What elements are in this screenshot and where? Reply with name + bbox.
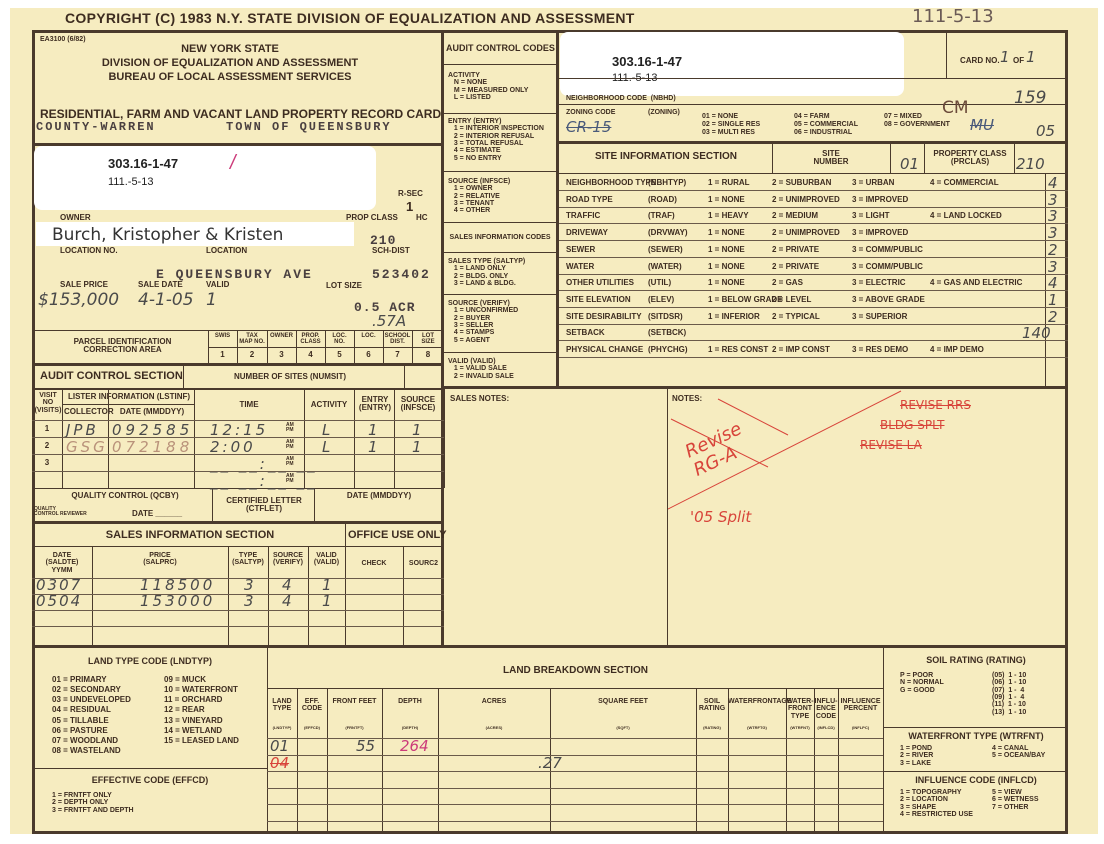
lb-acres: .27 bbox=[538, 754, 562, 772]
visit-number: 3 bbox=[32, 459, 62, 467]
site-row-option: 1 = RURAL bbox=[708, 179, 750, 187]
site-row-option: 2 = IMP CONST bbox=[772, 346, 830, 354]
audit-codes-title: AUDIT CONTROL CODES bbox=[446, 44, 554, 53]
correction-col-number: 3 bbox=[267, 351, 296, 359]
site-row-option: 4 = LAND LOCKED bbox=[930, 212, 1002, 220]
site-row-option: 3 = SUPERIOR bbox=[852, 313, 907, 321]
correction-col-label: LOC. bbox=[354, 333, 383, 339]
lb-col-header: ACRES bbox=[438, 698, 550, 705]
date-header: DATE (MMDDYY) bbox=[110, 408, 194, 416]
effective-code-items: 1 = FRNTFT ONLY 2 = DEPTH ONLY 3 = FRNTF… bbox=[52, 792, 134, 814]
site-row-code: (WATER) bbox=[648, 263, 682, 271]
sale-valid: 1 bbox=[322, 592, 332, 610]
visit-number: 1 bbox=[32, 425, 62, 433]
land-type-codes-1: 01 = PRIMARY 02 = SECONDARY 03 = UNDEVEL… bbox=[52, 675, 131, 756]
old-parcel-id: 111.-5-13 bbox=[108, 176, 153, 188]
county: COUNTY-WARREN bbox=[36, 120, 156, 134]
sales-col-header: VALID (VALID) bbox=[308, 552, 345, 567]
site-row-option: 4 = COMMERCIAL bbox=[930, 179, 999, 187]
parcel-id-top: 303.16-1-47 bbox=[612, 54, 682, 69]
struck-note: REVISE LA bbox=[860, 438, 922, 452]
zoning-option: 02 = SINGLE RES bbox=[702, 121, 760, 128]
site-row-name: NEIGHBORHOOD TYPE bbox=[566, 179, 656, 187]
sale-date-label: SALE DATE bbox=[138, 281, 183, 289]
site-row-name: SITE ELEVATION bbox=[566, 296, 631, 304]
lb-col-code: (EFFCD) bbox=[297, 726, 327, 730]
site-row-option: 2 = LEVEL bbox=[772, 296, 811, 304]
lb-col-code: (WTRFNT) bbox=[786, 726, 814, 730]
site-row-code: (SITDSR) bbox=[648, 313, 683, 321]
influence-code-codes-1: 1 = TOPOGRAPHY 2 = LOCATION 3 = SHAPE 4 … bbox=[900, 789, 973, 818]
sale-date-value: 4-1-05 bbox=[138, 290, 194, 310]
waterfront-type-codes-2: 4 = CANAL 5 = OCEAN/BAY bbox=[992, 745, 1045, 760]
site-row-option: 1 = INFERIOR bbox=[708, 313, 760, 321]
site-row-option: 2 = UNIMPROVED bbox=[772, 229, 840, 237]
verify-codes: SOURCE (VERIFY) 1 = UNCONFIRMED 2 = BUYE… bbox=[448, 300, 518, 344]
waterfront-type-title: WATERFRONT TYPE (WTRFNT) bbox=[886, 732, 1066, 741]
site-row-option: 1 = NONE bbox=[708, 246, 745, 254]
site-row-code: (SEWER) bbox=[648, 246, 683, 254]
correction-col-label: OWNER bbox=[267, 333, 296, 339]
am-pm-label: AM PM bbox=[286, 474, 294, 485]
site-row-name: PHYSICAL CHANGE bbox=[566, 346, 643, 354]
lb-col-code: (SQFT) bbox=[550, 726, 696, 730]
sale-price: 153000 bbox=[140, 592, 215, 610]
visit-number: 2 bbox=[32, 442, 62, 450]
zoning-option: 04 = FARM bbox=[794, 113, 830, 120]
effective-code-title: EFFECTIVE CODE (EFFCD) bbox=[40, 776, 260, 785]
am-pm-label: AM PM bbox=[286, 440, 294, 451]
card-of-label: OF bbox=[1013, 57, 1024, 65]
zoning-option: 05 = COMMERCIAL bbox=[794, 121, 858, 128]
owner-name: Burch, Kristopher & Kristen bbox=[52, 225, 283, 245]
lb-land-type: 01 bbox=[270, 737, 289, 755]
collector-header: COLLECTOR bbox=[64, 408, 108, 416]
lot-size-label: LOT SIZE bbox=[326, 282, 362, 290]
correction-col-label: LOC. NO. bbox=[325, 333, 354, 346]
correction-col-label: TAX MAP NO. bbox=[237, 333, 267, 346]
handwritten-parcel-note: 111-5-13 bbox=[912, 6, 994, 27]
sale-type: 3 bbox=[244, 592, 254, 610]
lb-col-code: (RATING) bbox=[696, 726, 728, 730]
site-row-name: SEWER bbox=[566, 246, 595, 254]
site-row-name: TRAFFIC bbox=[566, 212, 600, 220]
lb-front-feet: 55 bbox=[356, 737, 375, 755]
correction-col-label: PROP. CLASS bbox=[296, 333, 325, 346]
site-info-title: SITE INFORMATION SECTION bbox=[566, 152, 766, 163]
zoning-struck: CR-15 bbox=[566, 118, 611, 136]
sale-price-label: SALE PRICE bbox=[60, 281, 108, 289]
site-row-option: 3 = ELECTRIC bbox=[852, 279, 906, 287]
form-number: EA3100 (6/82) bbox=[40, 36, 86, 43]
zoning-cm: CM bbox=[942, 98, 969, 118]
valid-value: 1 bbox=[206, 290, 217, 310]
nbhd-label: NEIGHBORHOOD CODE (NBHD) bbox=[566, 95, 676, 102]
site-row-name: ROAD TYPE bbox=[566, 196, 613, 204]
rsec-value: 1 bbox=[406, 200, 413, 214]
lb-col-header: FRONT FEET bbox=[327, 698, 382, 705]
card-title: RESIDENTIAL, FARM AND VACANT LAND PROPER… bbox=[40, 108, 440, 121]
site-row-option: 4 = IMP DEMO bbox=[930, 346, 984, 354]
lb-col-header: SQUARE FEET bbox=[550, 698, 696, 705]
waterfront-type-codes-1: 1 = POND 2 = RIVER 3 = LAKE bbox=[900, 745, 933, 767]
card-no-label: CARD NO. bbox=[960, 57, 1000, 65]
prclas-label: PROPERTY CLASS (PRCLAS) bbox=[928, 150, 1012, 167]
notes-05-split: '05 Split bbox=[690, 508, 751, 526]
correction-col-label: LOT SIZE bbox=[412, 333, 444, 346]
town: TOWN OF QUEENSBURY bbox=[226, 120, 392, 134]
sales-codes-title: SALES INFORMATION CODES bbox=[446, 234, 554, 241]
site-row-option: 2 = PRIVATE bbox=[772, 263, 819, 271]
zoning-option: 03 = MULTI RES bbox=[702, 129, 755, 136]
site-row-option: 4 = GAS AND ELECTRIC bbox=[930, 279, 1022, 287]
lb-col-header: WATERFRONTAGE bbox=[728, 698, 786, 705]
agency-line-3: BUREAU OF LOCAL ASSESSMENT SERVICES bbox=[80, 72, 380, 84]
sch-dist-value: 523402 bbox=[372, 267, 431, 282]
correction-col-number: 2 bbox=[237, 351, 267, 359]
office-use-label: OFFICE USE ONLY bbox=[348, 530, 440, 542]
site-row-option: 2 = GAS bbox=[772, 279, 803, 287]
sales-col-header: DATE (SALDTE) YYMM bbox=[32, 552, 92, 574]
valid-codes: VALID (VALID) 1 = VALID SALE 2 = INVALID… bbox=[448, 358, 514, 380]
audit-section-title: AUDIT CONTROL SECTION bbox=[40, 371, 180, 383]
prclas-value: 210 bbox=[1016, 155, 1045, 173]
site-row-option: 1 = NONE bbox=[708, 229, 745, 237]
soil-rating-codes: P = POOR N = NORMAL G = GOOD bbox=[900, 672, 944, 694]
land-type-codes-2: 09 = MUCK 10 = WATERFRONT 11 = ORCHARD 1… bbox=[164, 675, 239, 746]
site-row-option: 1 = NONE bbox=[708, 263, 745, 271]
numsit-label: NUMBER OF SITES (NUMSIT) bbox=[190, 373, 390, 381]
site-row-option: 2 = PRIVATE bbox=[772, 246, 819, 254]
site-number-label: SITE NUMBER bbox=[776, 150, 886, 167]
site-row-option: 3 = URBAN bbox=[852, 179, 894, 187]
card-no-value: 1 bbox=[1000, 48, 1010, 66]
site-row-option: 3 = IMPROVED bbox=[852, 229, 908, 237]
land-breakdown-title: LAND BREAKDOWN SECTION bbox=[268, 666, 883, 677]
lb-col-header: INFLU- ENCE CODE bbox=[814, 698, 838, 720]
lb-col-header: SOIL RATING bbox=[696, 698, 728, 713]
correction-col-number: 4 bbox=[296, 351, 325, 359]
site-row-option: 2 = SUBURBAN bbox=[772, 179, 831, 187]
copyright-header: COPYRIGHT (C) 1983 N.Y. STATE DIVISION O… bbox=[65, 10, 635, 26]
qc-date-field[interactable]: DATE ______ bbox=[132, 510, 182, 518]
correction-col-number: 8 bbox=[412, 351, 444, 359]
location-no-label: LOCATION NO. bbox=[60, 247, 118, 255]
card-of-value: 1 bbox=[1026, 48, 1036, 66]
source-header: SOURCE (INFSCE) bbox=[396, 396, 440, 413]
rsec-label: R-SEC bbox=[398, 190, 423, 198]
site-row-option: 3 = LIGHT bbox=[852, 212, 890, 220]
zoning-label: ZONING CODE bbox=[566, 109, 615, 116]
site-row-code: (PHYCHG) bbox=[648, 346, 688, 354]
sales-col-header: SOURC2 bbox=[403, 560, 444, 567]
site-row-code: (DRVWAY) bbox=[648, 229, 688, 237]
visit-time: __ __:__ __ bbox=[210, 472, 318, 490]
qc-label: QUALITY CONTROL (QCBY) bbox=[40, 492, 210, 500]
site-row-code: (SETBCK) bbox=[648, 329, 686, 337]
qc-reviewer-label: QUALITY CONTROL REVIEWER bbox=[34, 507, 87, 518]
lb-land-type: 04 bbox=[270, 754, 289, 772]
site-row-name: SETBACK bbox=[566, 329, 605, 337]
parcel-label-sticker-top: 303.16-1-47 111.-5-13 bbox=[560, 32, 904, 96]
lot-size-handwritten: .57A bbox=[372, 312, 406, 330]
site-row-option: 3 = ABOVE GRADE bbox=[852, 296, 925, 304]
entry-codes: ENTRY (ENTRY) 1 = INTERIOR INSPECTION 2 … bbox=[448, 118, 544, 162]
agency-line-2: DIVISION OF EQUALIZATION AND ASSESSMENT bbox=[80, 58, 380, 70]
parcel-label-sticker: 303.16-1-47 / 111.-5-13 bbox=[34, 146, 376, 210]
sales-col-header: CHECK bbox=[345, 560, 403, 567]
struck-note: REVISE RRS bbox=[900, 398, 971, 412]
lb-col-header: WATER- FRONT TYPE bbox=[786, 698, 814, 720]
site-row-option: 3 = COMM/PUBLIC bbox=[852, 246, 923, 254]
zoning-option: 07 = MIXED bbox=[884, 113, 922, 120]
correction-col-label: SWIS bbox=[208, 333, 237, 339]
handwritten-mark: / bbox=[230, 152, 236, 175]
am-pm-label: AM PM bbox=[286, 457, 294, 468]
activity-codes: ACTIVITY N = NONE M = MEASURED ONLY L = … bbox=[448, 72, 528, 101]
influence-code-title: INFLUENCE CODE (INFLCD) bbox=[886, 776, 1066, 785]
sch-dist-label: SCH-DIST bbox=[372, 247, 410, 255]
parcel-id: 303.16-1-47 bbox=[108, 156, 178, 171]
soil-rating-title: SOIL RATING (RATING) bbox=[886, 656, 1066, 665]
site-row-option: 1 = HEAVY bbox=[708, 212, 749, 220]
lb-col-code: (INFLPC) bbox=[838, 726, 883, 730]
lb-col-header: INFLUENCE PERCENT bbox=[838, 698, 883, 713]
zoning-option: 01 = NONE bbox=[702, 113, 738, 120]
correction-col-number: 7 bbox=[383, 351, 412, 359]
influence-code-codes-2: 5 = VIEW 6 = WETNESS 7 = OTHER bbox=[992, 789, 1038, 811]
lb-col-code: (LNDTYP) bbox=[267, 726, 297, 730]
soil-rating-ranges: (05) 1 - 10 (06) 1 - 10 (07) 1 - 4 (09) … bbox=[992, 672, 1026, 716]
nbhd-value: 159 bbox=[1014, 88, 1046, 108]
site-row-name: WATER bbox=[566, 263, 594, 271]
zoning-mu: MU bbox=[970, 116, 994, 134]
qc-date-label: DATE (MMDDYY) bbox=[318, 492, 440, 500]
site-row-code: (ROAD) bbox=[648, 196, 677, 204]
lb-col-code: (INFLCD) bbox=[814, 726, 838, 730]
struck-note: BLDG SPLT bbox=[880, 418, 945, 432]
source-codes: SOURCE (INFSCE) 1 = OWNER 2 = RELATIVE 3… bbox=[448, 178, 510, 215]
lb-col-header: DEPTH bbox=[382, 698, 438, 705]
sales-section-title: SALES INFORMATION SECTION bbox=[40, 530, 340, 542]
activity-header: ACTIVITY bbox=[304, 401, 354, 409]
lb-col-code: (WTRFTG) bbox=[728, 726, 786, 730]
site-row-name: DRIVEWAY bbox=[566, 229, 608, 237]
site-row-code: (TRAF) bbox=[648, 212, 675, 220]
agency-line-1: NEW YORK STATE bbox=[100, 44, 360, 56]
correction-col-number: 1 bbox=[208, 351, 237, 359]
entry-header: ENTRY (ENTRY) bbox=[356, 396, 394, 413]
time-header: TIME bbox=[196, 401, 302, 409]
correction-area-title: PARCEL IDENTIFICATION CORRECTION AREA bbox=[40, 338, 205, 355]
sales-col-header: TYPE (SALTYP) bbox=[228, 552, 268, 567]
zoning-value: 05 bbox=[1036, 122, 1055, 140]
site-row-name: OTHER UTILITIES bbox=[566, 279, 634, 287]
valid-label: VALID bbox=[206, 281, 229, 289]
am-pm-label: AM PM bbox=[286, 423, 294, 434]
land-type-title: LAND TYPE CODE (LNDTYP) bbox=[40, 657, 260, 666]
site-row-code: (NBHTYP) bbox=[648, 179, 686, 187]
site-row-option: 3 = COMM/PUBLIC bbox=[852, 263, 923, 271]
site-row-option: 1 = NONE bbox=[708, 196, 745, 204]
site-number-value: 01 bbox=[900, 155, 919, 173]
zoning-code-label: (ZONING) bbox=[648, 109, 680, 116]
site-row-option: 2 = TYPICAL bbox=[772, 313, 820, 321]
site-row-option: 3 = RES DEMO bbox=[852, 346, 908, 354]
lb-col-header: EFF. CODE bbox=[297, 698, 327, 713]
hc-label: HC bbox=[416, 214, 428, 222]
site-row-code: (ELEV) bbox=[648, 296, 674, 304]
sale-date: 0504 bbox=[36, 592, 82, 610]
zoning-option: 06 = INDUSTRIAL bbox=[794, 129, 852, 136]
sale-source: 4 bbox=[282, 592, 292, 610]
certified-letter-label: CERTIFIED LETTER (CTFLET) bbox=[214, 497, 314, 514]
sales-col-header: PRICE (SALPRC) bbox=[92, 552, 228, 567]
lb-col-code: (FRNTFT) bbox=[327, 726, 382, 730]
visit-header: VISIT NO (VISITS) bbox=[34, 392, 62, 414]
site-row-name: SITE DESIRABILITY bbox=[566, 313, 642, 321]
lister-header: LISTER INFORMATION (LSTINF) bbox=[64, 393, 194, 401]
correction-col-number: 5 bbox=[325, 351, 354, 359]
lb-col-header: LAND TYPE bbox=[267, 698, 297, 713]
site-row-option: 1 = NONE bbox=[708, 279, 745, 287]
site-row-option: 1 = RES CONST bbox=[708, 346, 768, 354]
site-row-option: 3 = IMPROVED bbox=[852, 196, 908, 204]
lb-depth: 264 bbox=[400, 737, 429, 755]
correction-col-label: SCHOOL DIST. bbox=[383, 333, 412, 346]
lb-col-code: (DEPTH) bbox=[382, 726, 438, 730]
site-row-option: 2 = MEDIUM bbox=[772, 212, 818, 220]
lb-col-code: (ACRES) bbox=[438, 726, 550, 730]
sales-col-header: SOURCE (VERIFY) bbox=[268, 552, 308, 567]
zoning-option: 08 = GOVERNMENT bbox=[884, 121, 950, 128]
site-row-option: 2 = UNIMPROVED bbox=[772, 196, 840, 204]
sales-type-codes: SALES TYPE (SALTYP) 1 = LAND ONLY 2 = BL… bbox=[448, 258, 525, 287]
site-row-code: (UTIL) bbox=[648, 279, 671, 287]
sales-notes-label: SALES NOTES: bbox=[450, 395, 509, 403]
correction-col-number: 6 bbox=[354, 351, 383, 359]
location-label: LOCATION bbox=[206, 247, 247, 255]
sale-price-value: $153,000 bbox=[38, 290, 119, 310]
